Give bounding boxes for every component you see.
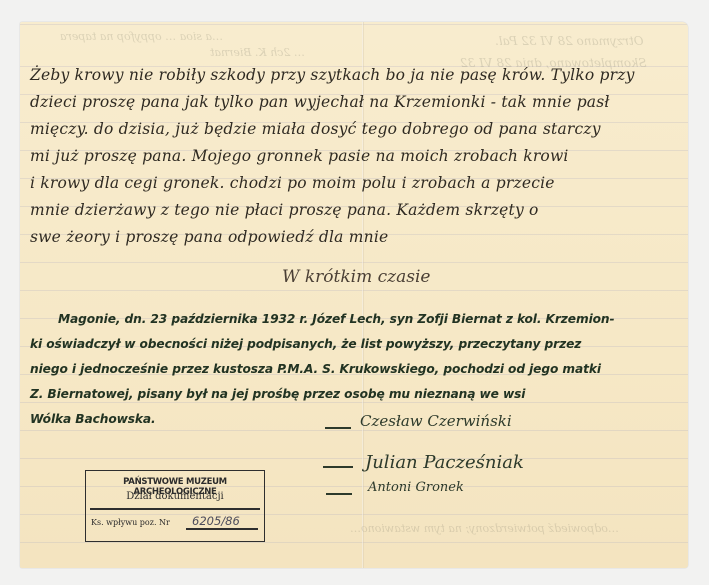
letter-line: Żeby krowy nie robiły szkody przy szytka… <box>30 66 635 84</box>
signature-dash <box>323 466 353 468</box>
stamp-number-underline <box>186 528 258 530</box>
show-through-text: … 2ch K. Biernat <box>210 46 305 59</box>
signature: Julian Pacześniak <box>365 452 524 473</box>
signature: Czesław Czerwiński <box>360 412 512 430</box>
show-through-text: …odpowiedź potwierdzony; na tym wstawion… <box>350 522 619 535</box>
archive-stamp: PAŃSTWOWE MUZEUM ARCHEOLOGICZNE Dział do… <box>85 470 265 542</box>
signature-dash <box>326 493 352 495</box>
stamp-register-label: Ks. wpływu poz. Nr <box>91 518 170 527</box>
certification-line: Wólka Bachowska. <box>30 412 156 426</box>
show-through-text: …a sioa … oppyfop na tapera <box>60 30 223 43</box>
letter-line: swe żeory i proszę pana odpowiedź dla mn… <box>30 228 388 246</box>
certification-line: niego i jednocześnie przez kustosza P.M.… <box>30 362 601 376</box>
closing-phrase: W krótkim czasie <box>282 267 430 287</box>
signature-dash <box>325 427 351 429</box>
stamp-department: Dział dokumentacji <box>86 491 264 502</box>
show-through-text: Otrzymano 28 VI 32 Pal. <box>495 34 644 48</box>
letter-line: mięczy. do dzisia, już będzie miała dosy… <box>30 120 601 138</box>
stamp-register-number: 6205/86 <box>188 514 260 528</box>
stamp-divider <box>90 508 260 510</box>
certification-line: ki oświadczył w obecności niżej podpisan… <box>30 337 581 351</box>
signature: Antoni Gronek <box>368 480 464 495</box>
letter-line: mi już proszę pana. Mojego gronnek pasie… <box>30 147 569 165</box>
letter-line: dzieci proszę pana jak tylko pan wyjecha… <box>30 93 610 111</box>
certification-line: Z. Biernatowej, pisany był na jej prośbę… <box>30 387 525 401</box>
letter-line: i krowy dla cegi gronek. chodzi po moim … <box>30 174 555 192</box>
certification-line: Magonie, dn. 23 października 1932 r. Józ… <box>58 312 614 326</box>
letter-line: mnie dzierżawy z tego nie płaci proszę p… <box>30 201 539 219</box>
